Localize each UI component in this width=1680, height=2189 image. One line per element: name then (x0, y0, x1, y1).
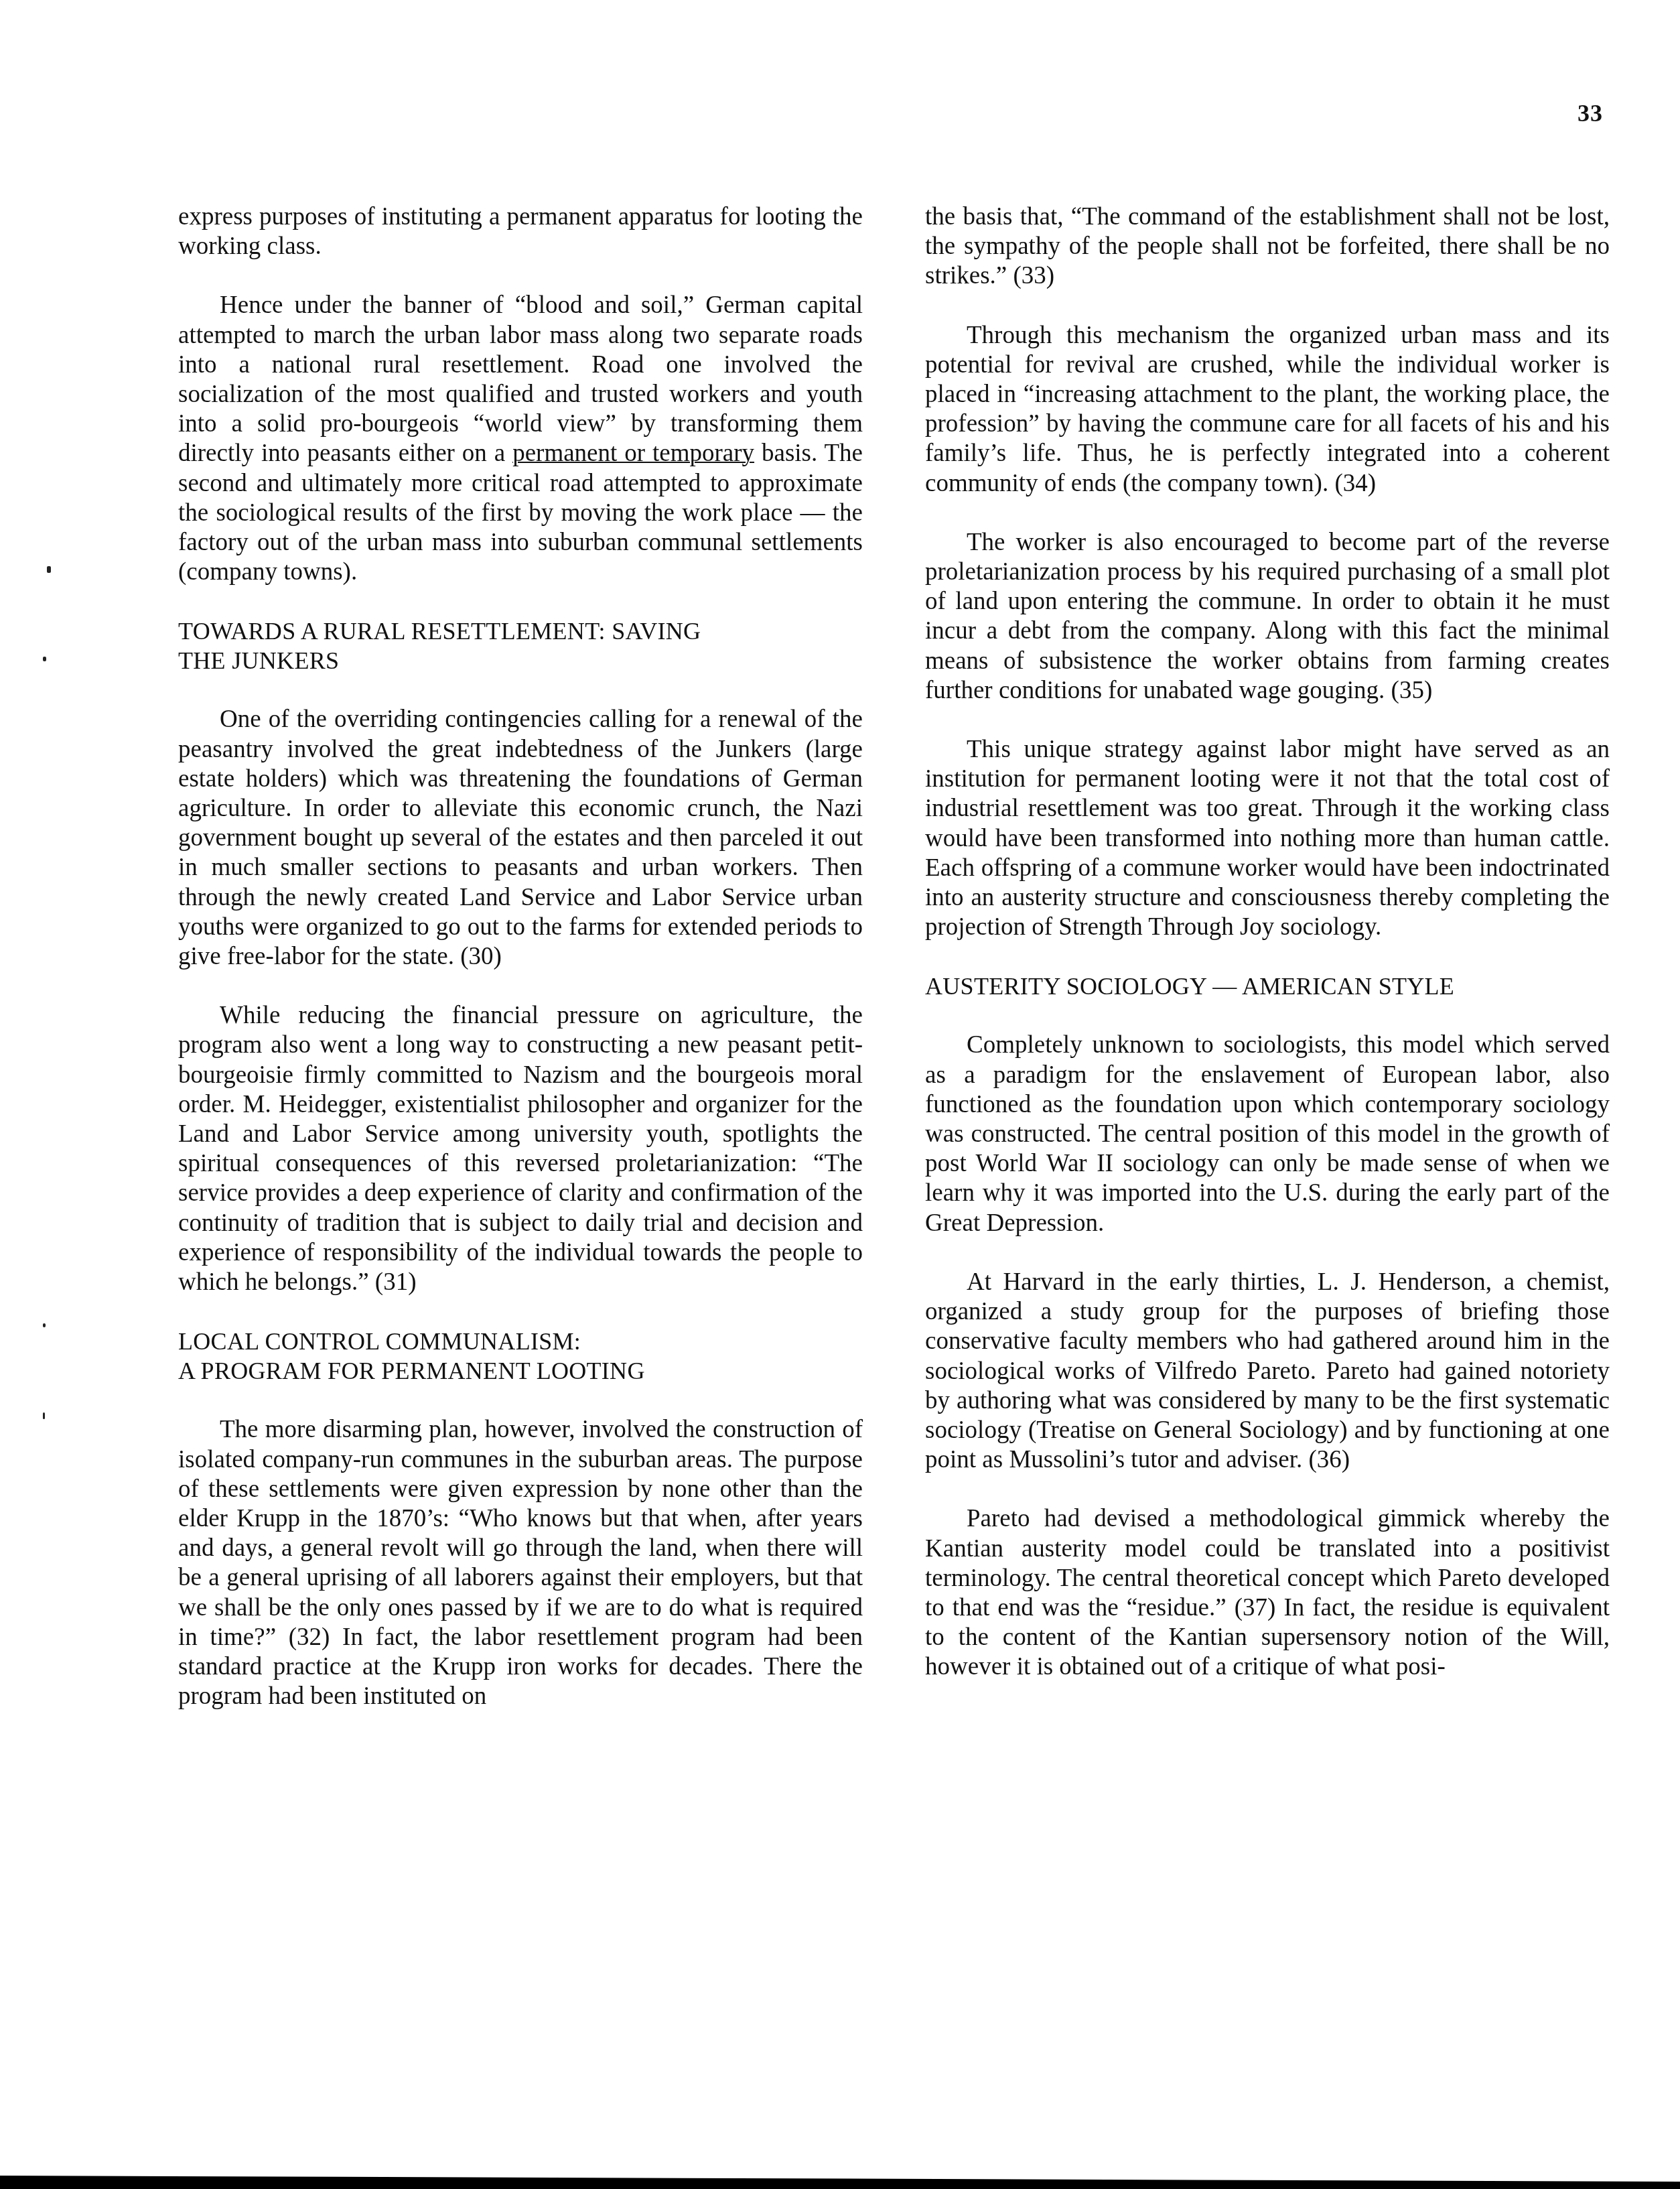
scan-edge-bar (0, 2176, 1680, 2189)
scan-speck (43, 1323, 46, 1327)
section-heading: AUSTERITY SOCIOLOGY — AMERICAN STYLE (925, 972, 1610, 1001)
scan-speck (43, 657, 46, 661)
paragraph: This unique strategy against labor might… (925, 735, 1610, 942)
left-column: express purposes of instituting a perman… (178, 202, 863, 1741)
heading-line: TOWARDS A RURAL RESETTLEMENT: SAVING (178, 616, 863, 646)
heading-line: A PROGRAM FOR PERMANENT LOOTING (178, 1356, 863, 1386)
paragraph: Pareto had devised a methodological gimm… (925, 1504, 1610, 1682)
paragraph: The worker is also encouraged to become … (925, 528, 1610, 706)
paragraph: The more disarming plan, however, involv… (178, 1415, 863, 1711)
scan-speck (43, 1412, 45, 1419)
section-heading: TOWARDS A RURAL RESETTLEMENT: SAVING THE… (178, 616, 863, 675)
paragraph: One of the overriding contingencies call… (178, 705, 863, 972)
underlined-text: permanent or temporary (512, 440, 754, 467)
page-number: 33 (1578, 99, 1603, 127)
paragraph: While reducing the financial pressure on… (178, 1001, 863, 1297)
paragraph: Through this mechanism the organized urb… (925, 321, 1610, 499)
paragraph: At Harvard in the early thirties, L. J. … (925, 1268, 1610, 1475)
scan-speck (47, 566, 51, 573)
section-heading: LOCAL CONTROL COMMUNALISM: A PROGRAM FOR… (178, 1327, 863, 1386)
right-column: the basis that, “The command of the esta… (925, 202, 1610, 1712)
paragraph: the basis that, “The command of the esta… (925, 202, 1610, 291)
paragraph: Completely unknown to sociologists, this… (925, 1031, 1610, 1238)
paragraph: express purposes of instituting a perman… (178, 202, 863, 261)
heading-line: THE JUNKERS (178, 646, 863, 675)
paragraph: Hence under the banner of “blood and soi… (178, 291, 863, 587)
heading-line: LOCAL CONTROL COMMUNALISM: (178, 1327, 863, 1356)
